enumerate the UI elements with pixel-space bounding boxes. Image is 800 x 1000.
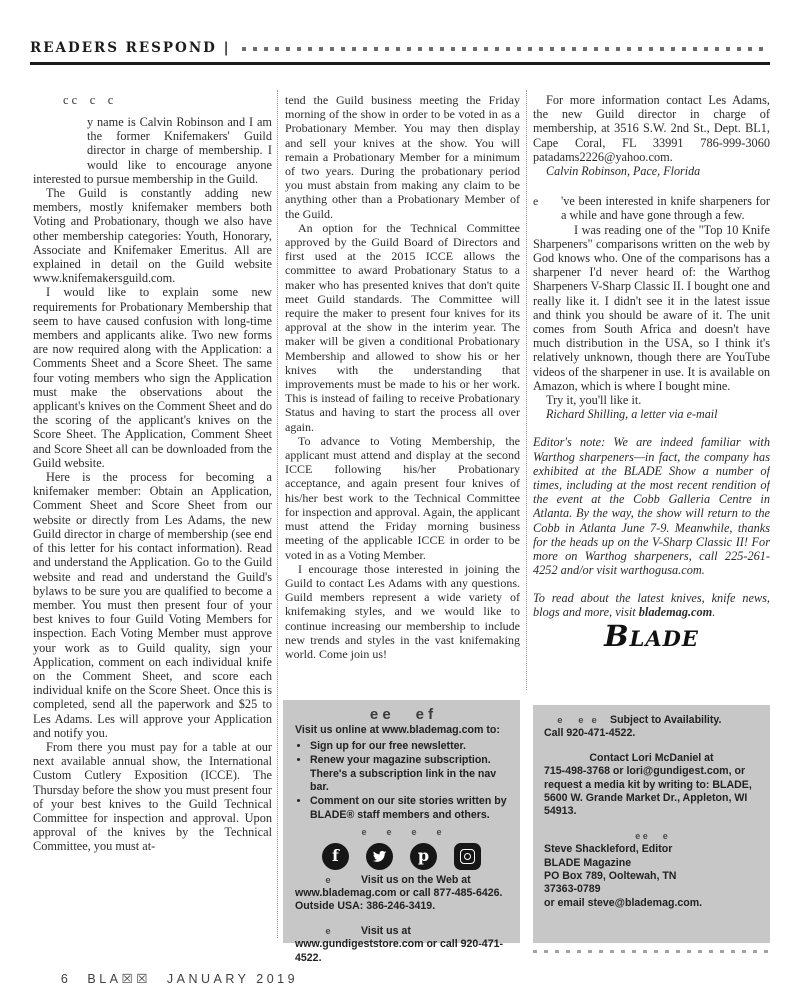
letter1-opening-paragraph: y name is Calvin Robinson and I am the f… xyxy=(33,115,272,186)
broken-editor-label-glyphs: e e e xyxy=(544,830,759,843)
instagram-icon xyxy=(454,843,481,870)
connect-box: e e e f Visit us online at www.blademag.… xyxy=(283,700,520,943)
dotted-rule-bottom-right xyxy=(533,950,770,953)
paragraph: tend the Guild business meeting the Frid… xyxy=(285,93,520,221)
paragraph: For more information contact Les Adams, … xyxy=(533,93,770,164)
facebook-icon: f xyxy=(322,843,349,870)
broken-social-label-glyphs: e e e e xyxy=(295,826,508,839)
promo-period: . xyxy=(712,605,715,619)
editor-magazine-line: BLADE Magazine xyxy=(544,857,759,870)
letter2-opening-paragraph: e've been interested in knife sharpeners… xyxy=(533,194,770,222)
instagram-camera-lens xyxy=(464,853,471,860)
broken-availability-glyphs: e e e xyxy=(544,714,610,727)
advertising-contact-body: 715-498-3768 or lori@gundigest.com, or r… xyxy=(544,765,759,819)
blade-logo: BLADE xyxy=(533,629,770,646)
editors-note: Editor's note: We are indeed familiar wi… xyxy=(533,435,770,577)
column-divider xyxy=(526,90,527,690)
facebook-letter: f xyxy=(332,848,339,864)
editor-email-line: or email steve@blademag.com. xyxy=(544,897,759,910)
section-masthead: READERS RESPOND | xyxy=(30,40,770,56)
twitter-icon xyxy=(366,843,393,870)
missing-dropcap-space xyxy=(33,115,87,160)
paragraph-text: 've been interested in knife sharpeners … xyxy=(561,194,770,222)
bullet-item: Sign up for our free newsletter. xyxy=(310,740,508,753)
paragraph: I was reading one of the "Top 10 Knife S… xyxy=(533,223,770,393)
paragraph: I would like to explain some new require… xyxy=(33,285,272,470)
connect-intro: Visit us online at www.blademag.com to: xyxy=(295,724,508,737)
letter2-signature: Richard Shilling, a letter via e-mail xyxy=(533,407,770,421)
broken-dropcap-glyph: e xyxy=(533,194,561,224)
contact-box: e e eSubject to Availability. Call 920-4… xyxy=(533,705,770,943)
broken-header-glyphs: c c c c xyxy=(33,93,272,115)
column-1: c c c c y name is Calvin Robinson and I … xyxy=(33,93,272,965)
footer-magazine-name: BLA☒☒ xyxy=(87,972,151,986)
availability-line: e e eSubject to Availability. xyxy=(544,714,759,727)
bullet-item: Comment on our site stories written by B… xyxy=(310,795,508,822)
promo-site: blademag.com xyxy=(639,605,712,619)
broken-store-glyph: e xyxy=(295,925,361,938)
masthead-rule xyxy=(30,62,770,65)
footer-issue-date: JANUARY 2019 xyxy=(167,972,298,986)
store-contact-line: eVisit us at www.gundigeststore.com or c… xyxy=(295,925,508,965)
page-footer: 6BLA☒☒JANUARY 2019 xyxy=(33,957,314,1000)
paragraph: To advance to Voting Membership, the app… xyxy=(285,434,520,562)
paragraph: I encourage those interested in joining … xyxy=(285,562,520,661)
letter1-signature: Calvin Robinson, Pace, Florida xyxy=(533,164,770,178)
social-icons-row: f p xyxy=(295,843,508,870)
web-contact-line: eVisit us on the Web at www.blademag.com… xyxy=(295,874,508,914)
column-3: For more information contact Les Adams, … xyxy=(533,93,770,703)
editor-zip-line: 37363-0789 xyxy=(544,883,759,896)
magazine-page: READERS RESPOND | c c c c y name is Calv… xyxy=(0,0,800,1000)
column-divider xyxy=(277,90,278,938)
bullet-item: Renew your magazine subscription. There'… xyxy=(310,754,508,794)
paragraph: The Guild is constantly adding new membe… xyxy=(33,186,272,285)
paragraph: Try it, you'll like it. xyxy=(533,393,770,407)
page-number: 6 xyxy=(61,972,71,986)
connect-bullet-list: Sign up for our free newsletter. Renew y… xyxy=(295,740,508,822)
paragraph: From there you must pay for a table at o… xyxy=(33,740,272,854)
paragraph: An option for the Technical Committee ap… xyxy=(285,221,520,434)
twitter-bird-glyph xyxy=(372,849,387,864)
masthead-dotted-rule xyxy=(242,47,770,51)
editor-address-line: PO Box 789, Ooltewah, TN xyxy=(544,870,759,883)
section-title: READERS RESPOND | xyxy=(30,40,230,56)
paragraph: Here is the process for becoming a knife… xyxy=(33,470,272,740)
availability-text: Subject to Availability. xyxy=(610,714,721,726)
instagram-camera-frame xyxy=(460,849,475,864)
broken-box-title-glyphs: e e e f xyxy=(295,708,508,721)
broken-web-glyph: e xyxy=(295,874,361,887)
advertising-contact-heading: Contact Lori McDaniel at xyxy=(544,752,759,765)
pinterest-icon: p xyxy=(410,843,437,870)
column-2: tend the Guild business meeting the Frid… xyxy=(285,93,520,699)
editor-name-line: Steve Shackleford, Editor xyxy=(544,843,759,856)
promo-line: To read about the latest knives, knife n… xyxy=(533,591,770,619)
availability-phone: Call 920-471-4522. xyxy=(544,727,759,740)
pinterest-letter: p xyxy=(418,848,429,864)
